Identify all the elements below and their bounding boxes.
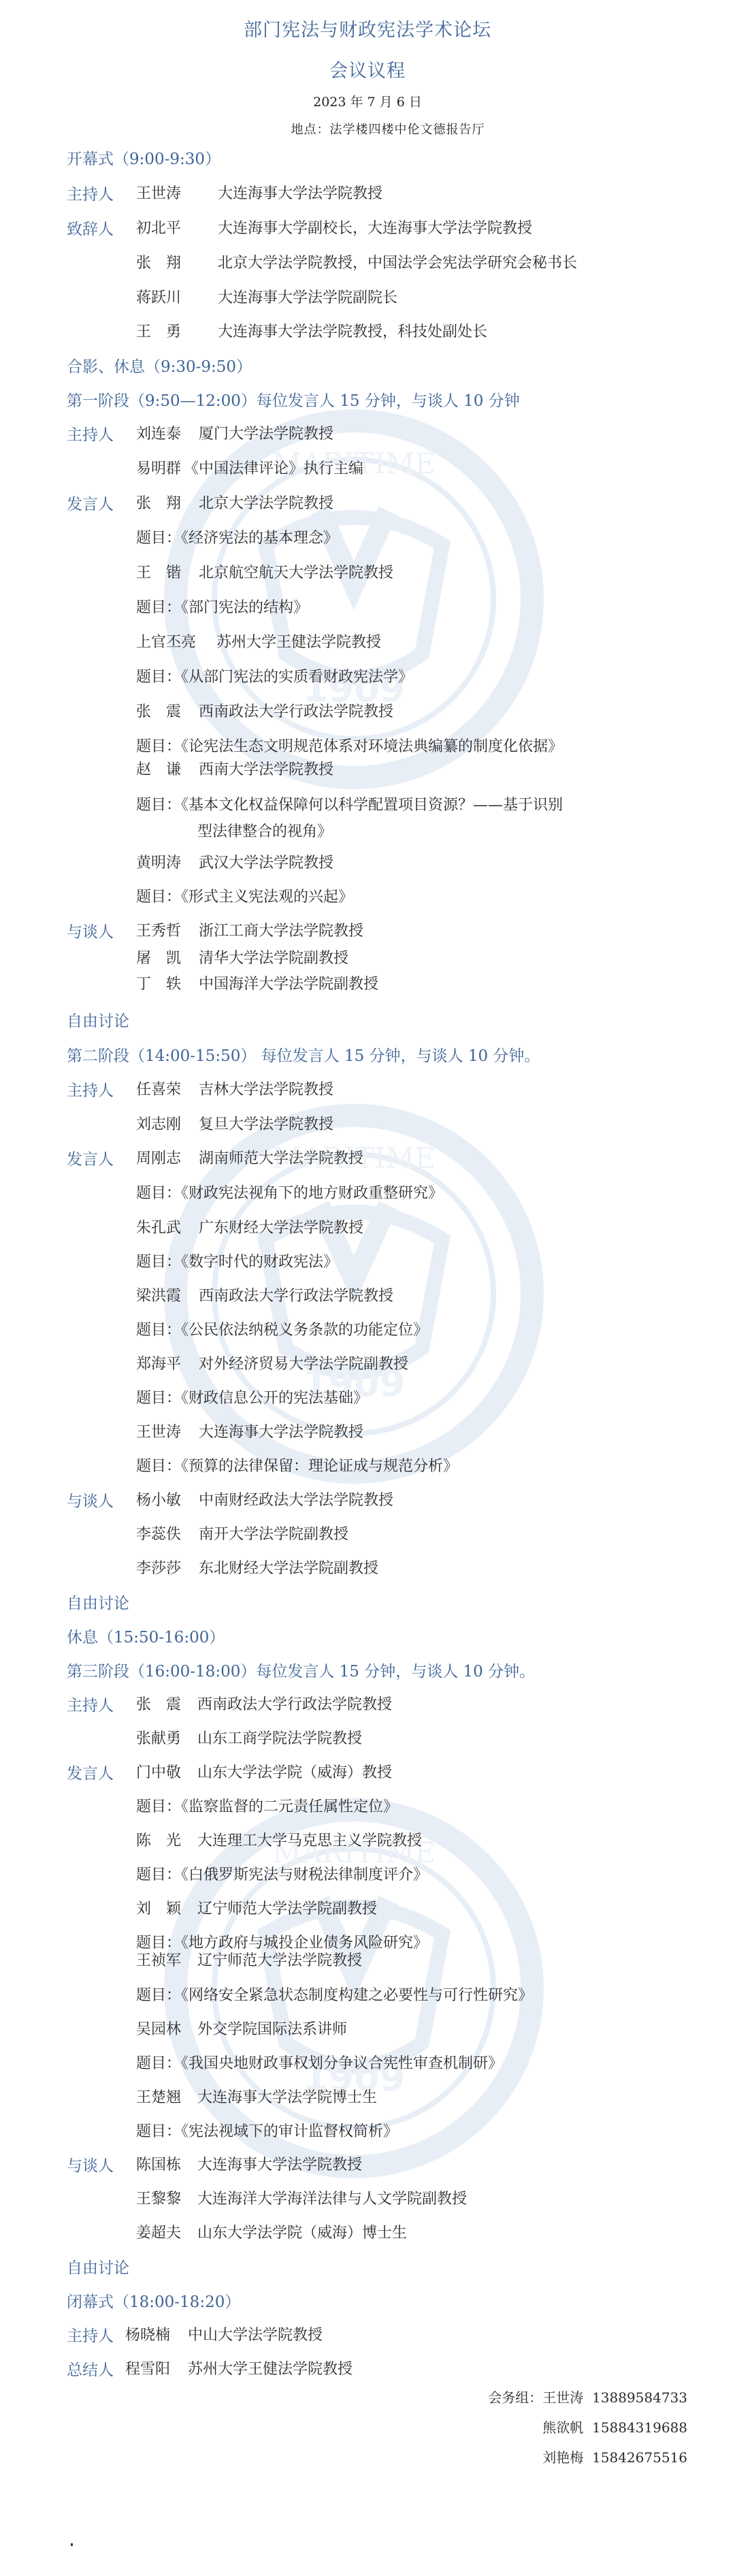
person-affiliation: 大连海事大学法学院教授 [218,182,382,203]
person-affiliation: 大连海事大学副校长，大连海事大学法学院教授 [218,217,532,238]
person-affiliation: 对外经济贸易大学法学院副教授 [199,1352,408,1373]
talk-topic: 题目：《我国央地财政事权划分争议合宪性审查机制研》 [136,2052,503,2073]
talk-topic: 题目：《论宪法生态文明规范体系对环境法典编纂的制度化依据》 [136,735,563,756]
session3-topic-row: 题目：《宪法视域下的审计监督权简析》 [0,2120,735,2147]
session1-speaker-row: 张 震 西南政法大学行政法学院教授 [0,700,735,727]
role-label: 发言人 [67,492,114,514]
stray-dot-mark [71,2543,73,2546]
role-label: 主持人 [67,2323,114,2346]
session1-topic-row: 题目：《从部门宪法的实质看财政宪法学》 [0,665,735,693]
session3-speaker-row: 陈 光 大连理工大学马克思主义学院教授 [0,1829,735,1856]
session3-speaker-row: 吴园林 外交学院国际法系讲师 [0,2018,735,2045]
section-heading: 合影、休息（9:30-9:50） [67,354,252,377]
role-label: 主持人 [67,182,114,204]
person-name: 上官丕亮 [136,631,196,652]
section-closing-heading-row: 闭幕式（18:00-18:20） [0,2289,735,2317]
session2-discussant-row: 李莎莎 东北财经大学法学院副教授 [0,1557,735,1584]
talk-topic: 题目：《形式主义宪法观的兴起》 [136,885,353,906]
person-affiliation: 大连海洋大学海洋法律与人文学院副教授 [197,2187,467,2208]
person-affiliation: 西南政法大学行政法学院教授 [199,1284,393,1305]
session3-discussant-row: 与谈人 陈国栋 大连海事大学法学院教授 [0,2153,735,2180]
talk-topic: 题目：《网络安全紧急状态制度构建之必要性与可行性研究》 [136,1984,533,2005]
person-name: 周刚志 [136,1147,181,1168]
person-affiliation: 辽宁师范大学法学院教授 [197,1949,362,1970]
person-name: 易明群 [136,457,181,478]
session1-host-row: 易明群 《中国法律评论》执行主编 [0,457,735,484]
session1-topic-row: 题目：《形式主义宪法观的兴起》 [0,885,735,912]
session3-free-discussion-row: 自由讨论 [0,2255,735,2283]
session1-topic-row: 题目：《部门宪法的结构》 [0,596,735,623]
session1-speaker-row: 赵 谦 西南大学法学院教授 [0,758,735,785]
session1-speaker-row: 黄明涛 武汉大学法学院教授 [0,851,735,878]
document-subtitle: 会议议程 [0,56,735,82]
section-break1-heading-row: 合影、休息（9:30-9:50） [0,354,735,381]
person-name: 屠 凯 [136,947,181,968]
talk-topic: 题目：《数字时代的财政宪法》 [136,1250,338,1271]
person-name: 梁洪霞 [136,1284,181,1305]
session3-topic-row: 题目：《网络安全紧急状态制度构建之必要性与可行性研究》 [0,1984,735,2011]
person-name: 张 震 [136,700,181,721]
person-affiliation: 清华大学法学院副教授 [199,947,348,968]
section-session1-heading-row: 第一阶段（9:50—12:00）每位发言人 15 分钟，与谈人 10 分钟 [0,388,735,415]
session2-speaker-row: 梁洪霞 西南政法大学行政法学院教授 [0,1284,735,1311]
person-name: 张 震 [136,1693,181,1714]
contact-phone: 15884319688 [592,2419,687,2436]
talk-topic: 题目：《财政信息公开的宪法基础》 [136,1386,368,1408]
session2-topic-row: 题目：《数字时代的财政宪法》 [0,1250,735,1277]
person-name: 丁 轶 [136,972,181,993]
person-name: 张 翔 [136,251,181,272]
person-name: 门中敬 [136,1761,181,1782]
role-label: 主持人 [67,422,114,445]
talk-topic: 题目：《公民依法纳税义务条款的功能定位》 [136,1318,428,1339]
section-heading: 第一阶段（9:50—12:00）每位发言人 15 分钟，与谈人 10 分钟 [67,388,520,411]
session3-speaker-row: 王楚翘 大连海事大学法学院博士生 [0,2086,735,2113]
contact-name: 熊欲帆 [542,2419,583,2436]
talk-topic: 题目：《预算的法律保留：理论证成与规范分析》 [136,1454,458,1476]
person-affiliation: 西南大学法学院教授 [199,758,333,779]
person-affiliation: 武汉大学法学院教授 [199,851,333,872]
closing-summary-row: 总结人 程雪阳 苏州大学王健法学院教授 [0,2357,735,2385]
talk-topic: 题目：《从部门宪法的实质看财政宪法学》 [136,665,413,686]
opening-speech-row: 蒋跃川 大连海事大学法学院副院长 [0,286,735,313]
section-break2-heading-row: 休息（15:50-16:00） [0,1625,735,1652]
section-opening-heading-row: 开幕式（9:00-9:30） [0,146,735,174]
role-label: 主持人 [67,1078,114,1100]
session2-speaker-row: 郑海平 对外经济贸易大学法学院副教授 [0,1352,735,1380]
session3-topic-row: 题目：《监察监督的二元责任属性定位》 [0,1795,735,1822]
contact-name: 王世涛 [542,2389,583,2406]
contact-name: 刘艳梅 [542,2449,583,2466]
role-label: 与谈人 [67,919,114,942]
person-name: 王 锴 [136,561,181,582]
person-name: 赵 谦 [136,758,181,779]
free-discussion-heading: 自由讨论 [67,2255,129,2278]
session1-topic-continuation-row: 型法律整合的视角》 [0,820,735,847]
talk-topic: 题目：《财政宪法视角下的地方财政重整研究》 [136,1181,443,1203]
person-name: 李莎莎 [136,1557,181,1578]
talk-topic: 题目：《白俄罗斯宪法与财税法律制度评介》 [136,1863,428,1884]
person-affiliation: 浙江工商大学法学院教授 [199,919,363,940]
session1-speaker-row: 上官丕亮 苏州大学王健法学院教授 [0,631,735,658]
event-venue: 地点：法学楼四楼中伦文德报告厅 [0,120,735,138]
person-affiliation: 中南财经政法大学法学院教授 [199,1489,393,1510]
person-name: 王楚翘 [136,2086,181,2107]
section-heading: 开幕式（9:00-9:30） [67,146,220,169]
session1-discussant-row: 丁 轶 中国海洋大学法学院副教授 [0,972,735,1000]
person-name: 王黎黎 [136,2187,181,2208]
role-label: 发言人 [67,1147,114,1169]
person-name: 王秀哲 [136,919,181,940]
section-session2-heading-row: 第二阶段（14:00-15:50） 每位发言人 15 分钟，与谈人 10 分钟。 [0,1043,735,1070]
talk-topic: 题目：《监察监督的二元责任属性定位》 [136,1795,398,1816]
person-affiliation: 北京航空航天大学法学院教授 [199,561,393,582]
opening-speech-row: 王 勇 大连海事大学法学院教授，科技处副处长 [0,320,735,347]
section-session3-heading-row: 第三阶段（16:00-18:00）每位发言人 15 分钟，与谈人 10 分钟。 [0,1659,735,1686]
event-date: 2023 年 7 月 6 日 [0,92,735,110]
person-affiliation: 苏州大学王健法学院教授 [216,631,381,652]
section-heading: 休息（15:50-16:00） [67,1625,225,1647]
person-affiliation: 苏州大学王健法学院教授 [188,2357,353,2379]
person-affiliation: 中国海洋大学法学院副教授 [199,972,378,993]
session1-host-row: 主持人 刘连泰 厦门大学法学院教授 [0,422,735,449]
person-affiliation: 山东大学法学院（威海）教授 [197,1761,392,1782]
person-affiliation: 南开大学法学院副教授 [199,1523,348,1544]
person-name: 程雪阳 [125,2357,170,2379]
section-heading: 第二阶段（14:00-15:50） 每位发言人 15 分钟，与谈人 10 分钟。 [67,1043,540,1066]
talk-topic: 题目：《部门宪法的结构》 [136,596,308,617]
person-name: 吴园林 [136,2018,181,2039]
person-affiliation: 中山大学法学院教授 [188,2323,323,2344]
contact-row: 刘艳梅 15842675516 [542,2447,687,2466]
session3-host-row: 张献勇 山东工商学院法学院教授 [0,1727,735,1754]
session3-host-row: 主持人 张 震 西南政法大学行政法学院教授 [0,1693,735,1720]
role-label: 发言人 [67,1761,114,1783]
person-affiliation: 大连海事大学法学院教授 [199,1420,363,1442]
session2-speaker-row: 发言人 周刚志 湖南师范大学法学院教授 [0,1147,735,1174]
person-name: 张 翔 [136,492,181,513]
person-name: 陈国栋 [136,2153,181,2174]
opening-speech-row: 致辞人 初北平 大连海事大学副校长，大连海事大学法学院教授 [0,217,735,244]
person-affiliation: 外交学院国际法系讲师 [197,2018,347,2039]
session2-topic-row: 题目：《财政宪法视角下的地方财政重整研究》 [0,1181,735,1209]
session2-topic-row: 题目：《预算的法律保留：理论证成与规范分析》 [0,1454,735,1482]
session3-speaker-row: 刘 颖 辽宁师范大学法学院副教授 [0,1897,735,1924]
session1-discussant-row: 屠 凯 清华大学法学院副教授 [0,947,735,974]
talk-topic: 题目：《宪法视域下的审计监督权简析》 [136,2120,398,2141]
contact-phone: 15842675516 [592,2449,687,2466]
session1-discussant-row: 与谈人 王秀哲 浙江工商大学法学院教授 [0,919,735,947]
session3-speaker-row: 发言人 门中敬 山东大学法学院（威海）教授 [0,1761,735,1788]
person-name: 刘志刚 [136,1113,181,1134]
contact-label: 会务组： [488,2389,542,2406]
person-affiliation: 大连海事大学法学院教授 [197,2153,362,2174]
session2-speaker-row: 王世涛 大连海事大学法学院教授 [0,1420,735,1448]
talk-topic: 题目：《经济宪法的基本理念》 [136,526,338,547]
document-title: 部门宪法与财政宪法学术论坛 [0,15,735,42]
role-label: 主持人 [67,1693,114,1715]
person-name: 任喜荣 [136,1078,181,1099]
person-name: 郑海平 [136,1352,181,1373]
person-affiliation: 北京大学法学院教授 [199,492,333,513]
contact-row: 会务组：王世涛 13889584733 [488,2387,687,2406]
session2-free-discussion-row: 自由讨论 [0,1591,735,1618]
free-discussion-heading: 自由讨论 [67,1591,129,1613]
session1-speaker-row: 发言人 张 翔 北京大学法学院教授 [0,492,735,519]
opening-host-row: 主持人 王世涛 大连海事大学法学院教授 [0,182,735,209]
talk-topic: 题目：《基本文化权益保障何以科学配置项目资源？——基于识别 [136,793,563,814]
opening-speech-row: 张 翔 北京大学法学院教授，中国法学会宪法学研究会秘书长 [0,251,735,279]
person-affiliation: 吉林大学法学院教授 [199,1078,333,1099]
person-affiliation: 大连海事大学法学院博士生 [197,2086,377,2107]
person-name: 刘连泰 [136,422,181,443]
talk-topic-continuation: 型法律整合的视角》 [197,820,332,841]
person-name: 王 勇 [136,320,181,341]
person-name: 杨小敏 [136,1489,181,1510]
person-name: 李蕊佚 [136,1523,181,1544]
closing-host-row: 主持人 杨晓楠 中山大学法学院教授 [0,2323,735,2351]
person-name: 王世涛 [136,1420,181,1442]
contact-row: 熊欲帆 15884319688 [542,2417,687,2436]
session1-speaker-row: 王 锴 北京航空航天大学法学院教授 [0,561,735,588]
role-label: 致辞人 [67,217,114,239]
person-affiliation: 西南政法大学行政法学院教授 [199,700,393,721]
contact-phone: 13889584733 [592,2389,687,2406]
person-name: 黄明涛 [136,851,181,872]
session2-discussant-row: 与谈人 杨小敏 中南财经政法大学法学院教授 [0,1489,735,1516]
session1-topic-row: 题目：《经济宪法的基本理念》 [0,526,735,554]
person-name: 王世涛 [136,182,181,203]
session3-discussant-row: 王黎黎 大连海洋大学海洋法律与人文学院副教授 [0,2187,735,2214]
person-affiliation: 山东工商学院法学院教授 [197,1727,362,1748]
person-name: 王祯军 [136,1949,181,1970]
person-affiliation: 大连海事大学法学院教授，科技处副处长 [218,320,487,341]
person-affiliation: 大连理工大学马克思主义学院教授 [197,1829,422,1850]
session2-topic-row: 题目：《公民依法纳税义务条款的功能定位》 [0,1318,735,1346]
person-name: 陈 光 [136,1829,181,1850]
session3-topic-row: 题目：《我国央地财政事权划分争议合宪性审查机制研》 [0,2052,735,2079]
section-heading: 闭幕式（18:00-18:20） [67,2289,240,2312]
session1-topic-row: 题目：《基本文化权益保障何以科学配置项目资源？——基于识别 [0,793,735,821]
session3-discussant-row: 姜超夫 山东大学法学院（威海）博士生 [0,2221,735,2248]
session1-free-discussion-row: 自由讨论 [0,1008,735,1036]
person-affiliation: 大连海事大学法学院副院长 [218,286,397,307]
person-affiliation: 《中国法律评论》执行主编 [184,457,363,478]
section-heading: 第三阶段（16:00-18:00）每位发言人 15 分钟，与谈人 10 分钟。 [67,1659,535,1681]
person-affiliation: 东北财经大学法学院副教授 [199,1557,378,1578]
person-affiliation: 山东大学法学院（威海）博士生 [197,2221,407,2242]
person-name: 刘 颖 [136,1897,181,1918]
person-affiliation: 复旦大学法学院教授 [199,1113,333,1134]
role-label: 与谈人 [67,1489,114,1511]
session2-discussant-row: 李蕊佚 南开大学法学院副教授 [0,1523,735,1550]
person-affiliation: 辽宁师范大学法学院副教授 [197,1897,377,1918]
person-name: 张献勇 [136,1727,181,1748]
session2-host-row: 刘志刚 复旦大学法学院教授 [0,1113,735,1140]
person-affiliation: 湖南师范大学法学院教授 [199,1147,363,1168]
session2-speaker-row: 朱孔武 广东财经大学法学院教授 [0,1216,735,1243]
session2-host-row: 主持人 任喜荣 吉林大学法学院教授 [0,1078,735,1105]
session3-topic-row: 题目：《白俄罗斯宪法与财税法律制度评介》 [0,1863,735,1890]
free-discussion-heading: 自由讨论 [67,1008,129,1031]
person-affiliation: 北京大学法学院教授，中国法学会宪法学研究会秘书长 [218,251,577,272]
person-affiliation: 西南政法大学行政法学院教授 [197,1693,392,1714]
person-affiliation: 广东财经大学法学院教授 [199,1216,363,1237]
session3-speaker-row: 王祯军 辽宁师范大学法学院教授 [0,1949,735,1976]
person-name: 朱孔武 [136,1216,181,1237]
person-name: 杨晓楠 [125,2323,170,2344]
person-name: 蒋跃川 [136,286,181,307]
session2-topic-row: 题目：《财政信息公开的宪法基础》 [0,1386,735,1414]
person-affiliation: 厦门大学法学院教授 [199,422,333,443]
person-name: 姜超夫 [136,2221,181,2242]
role-label: 总结人 [67,2357,114,2380]
role-label: 与谈人 [67,2153,114,2176]
person-name: 初北平 [136,217,181,238]
